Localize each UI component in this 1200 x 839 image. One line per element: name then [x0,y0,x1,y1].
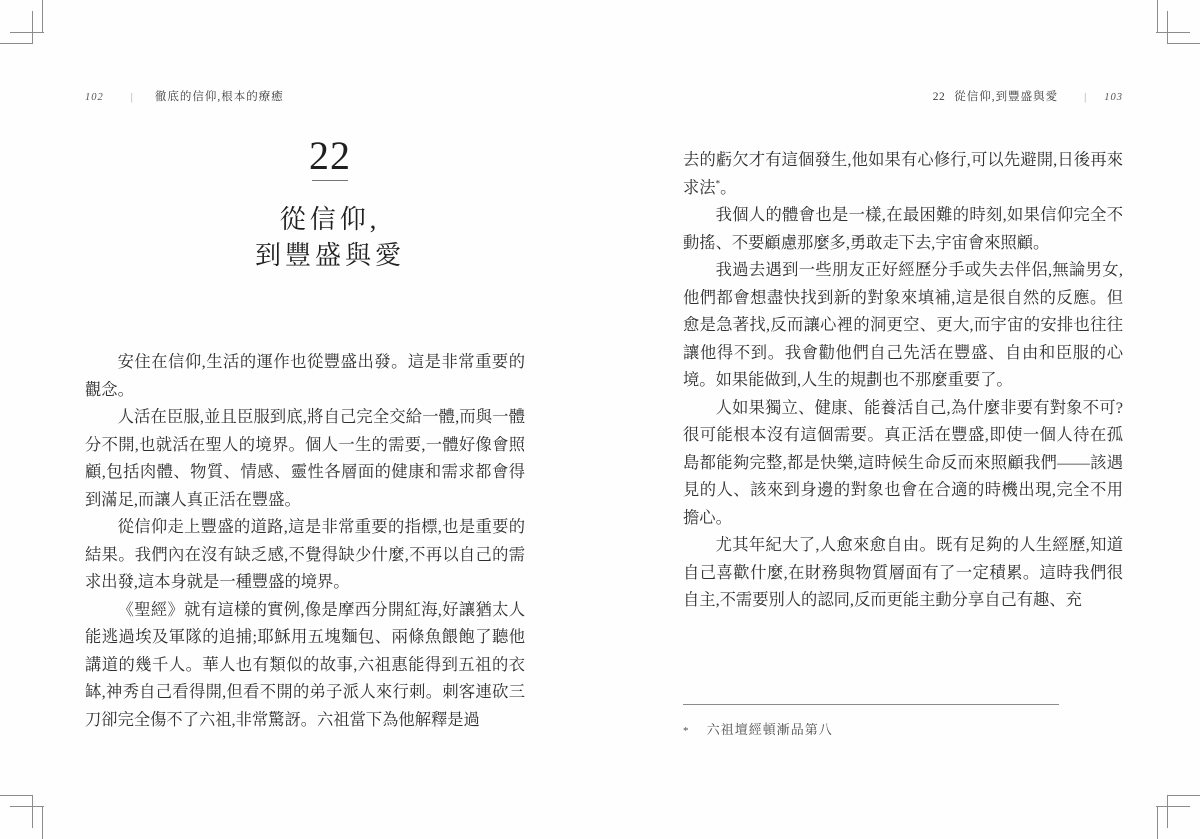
page-number-right: 103 [1104,92,1123,103]
left-page: 102 | 徹底的信仰,根本的療癒 22 從信仰, 到豐盛與愛 安住在信仰,生活… [85,0,525,839]
page-number-left: 102 [85,92,104,103]
running-head-left: 102 | 徹底的信仰,根本的療癒 [85,88,525,104]
paragraph: 人活在臣服,並且臣服到底,將自己完全交給一體,而與一體分不開,也就活在聖人的境界… [85,403,525,513]
footnote-marker: * [683,725,690,737]
right-page: 22 從信仰,到豐盛與愛 | 103 去的虧欠才有這個發生,他如果有心修行,可以… [683,0,1123,839]
chapter-number-underline [312,180,348,181]
footnote-divider [683,704,1059,705]
paragraph: 我過去遇到一些朋友正好經歷分手或失去伴侶,無論男女,他們都會想盡快找到新的對象來… [683,256,1123,394]
left-page-body: 安住在信仰,生活的運作也從豐盛出發。這是非常重要的觀念。人活在臣服,並且臣服到底… [85,348,525,733]
running-head-right: 22 從信仰,到豐盛與愛 | 103 [683,88,1123,104]
paragraph: 安住在信仰,生活的運作也從豐盛出發。這是非常重要的觀念。 [85,348,525,403]
right-page-body: 去的虧欠才有這個發生,他如果有心修行,可以先避開,日後再來求法*。我個人的體會也… [683,146,1123,614]
footnote: * 六祖壇經頓漸品第八 [683,719,833,738]
chapter-title-line1: 從信仰, [135,202,525,238]
paragraph: 去的虧欠才有這個發生,他如果有心修行,可以先避開,日後再來求法*。 [683,146,1123,201]
footnote-text: 六祖壇經頓漸品第八 [707,722,833,737]
book-spread: 102 | 徹底的信仰,根本的療癒 22 從信仰, 到豐盛與愛 安住在信仰,生活… [0,0,1200,839]
paragraph: 尤其年紀大了,人愈來愈自由。既有足夠的人生經歷,知道自己喜歡什麼,在財務與物質層… [683,531,1123,614]
running-head-book-title: 徹底的信仰,根本的療癒 [155,88,284,104]
paragraph: 從信仰走上豐盛的道路,這是非常重要的指標,也是重要的結果。我們內在沒有缺乏感,不… [85,513,525,596]
footnote-reference: * [716,178,720,188]
running-head-chapter-title: 從信仰,到豐盛與愛 [954,88,1058,104]
chapter-title-line2: 到豐盛與愛 [135,238,525,274]
chapter-number: 22 [135,136,525,176]
paragraph: 我個人的體會也是一樣,在最困難的時刻,如果信仰完全不動搖、不要顧慮那麼多,勇敢走… [683,201,1123,256]
running-head-separator: | [131,92,133,103]
chapter-heading: 22 從信仰, 到豐盛與愛 [85,136,525,274]
paragraph: 《聖經》就有這樣的實例,像是摩西分開紅海,好讓猶太人能逃過埃及軍隊的追捕;耶穌用… [85,596,525,734]
running-head-chapter-number: 22 [933,91,946,103]
paragraph: 人如果獨立、健康、能養活自己,為什麼非要有對象不可?很可能根本沒有這個需要。真正… [683,394,1123,532]
running-head-separator: | [1084,92,1086,103]
